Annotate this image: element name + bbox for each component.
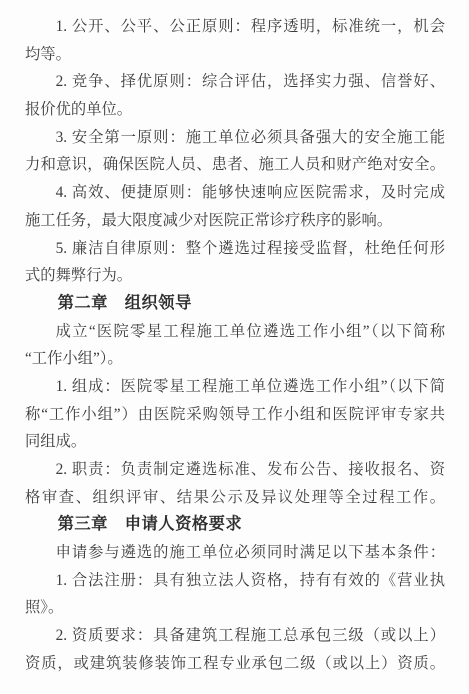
text-line: 称“工作小组”）由医院采购领导工作小组和医院评审专家共	[25, 401, 445, 429]
text-line: 报价优的单位。	[25, 96, 445, 124]
text-line: 申请参与遴选的施工单位必须同时满足以下基本条件：	[25, 539, 445, 567]
text-line: 力和意识，确保医院人员、患者、施工人员和财产绝对安全。	[25, 151, 445, 179]
text-line: 同组成。	[25, 428, 445, 456]
text-line: 1. 合法注册：具有独立法人资格，持有有效的《营业执	[25, 567, 445, 595]
text-line: 2. 职责：负责制定遴选标准、发布公告、接收报名、资	[25, 456, 445, 484]
text-line: 3. 安全第一原则：施工单位必须具备强大的安全施工能	[25, 124, 445, 152]
text-line: 均等。	[25, 41, 445, 69]
chapter-heading: 第三章 申请人资格要求	[25, 511, 445, 539]
document-page: 1. 公开、公平、公正原则：程序透明，标准统一，机会 均等。 2. 竞争、择优原…	[0, 0, 469, 694]
text-line: 5. 廉洁自律原则：整个遴选过程接受监督，杜绝任何形	[25, 235, 445, 263]
text-line: 2. 资质要求：具备建筑工程施工总承包三级（或以上）	[25, 622, 445, 650]
text-line: 2. 竞争、择优原则：综合评估，选择实力强、信誉好、	[25, 68, 445, 96]
text-line: 4. 高效、便捷原则：能够快速响应医院需求，及时完成	[25, 179, 445, 207]
text-line: 成立“医院零星工程施工单位遴选工作小组”（以下简称	[25, 318, 445, 346]
text-line: 1. 公开、公平、公正原则：程序透明，标准统一，机会	[25, 13, 445, 41]
text-line: 1. 组成：医院零星工程施工单位遴选工作小组”（以下简	[25, 373, 445, 401]
text-line: 照》。	[25, 594, 445, 622]
text-line: 资质，或建筑装修装饰工程专业承包二级（或以上）资质。	[25, 650, 445, 678]
text-line: 格审查、组织评审、结果公示及异议处理等全过程工作。	[25, 484, 445, 512]
chapter-heading: 第二章 组织领导	[25, 290, 445, 318]
text-line: “工作小组”）。	[25, 345, 445, 373]
text-line: 式的舞弊行为。	[25, 262, 445, 290]
text-line: 施工任务，最大限度减少对医院正常诊疗秩序的影响。	[25, 207, 445, 235]
